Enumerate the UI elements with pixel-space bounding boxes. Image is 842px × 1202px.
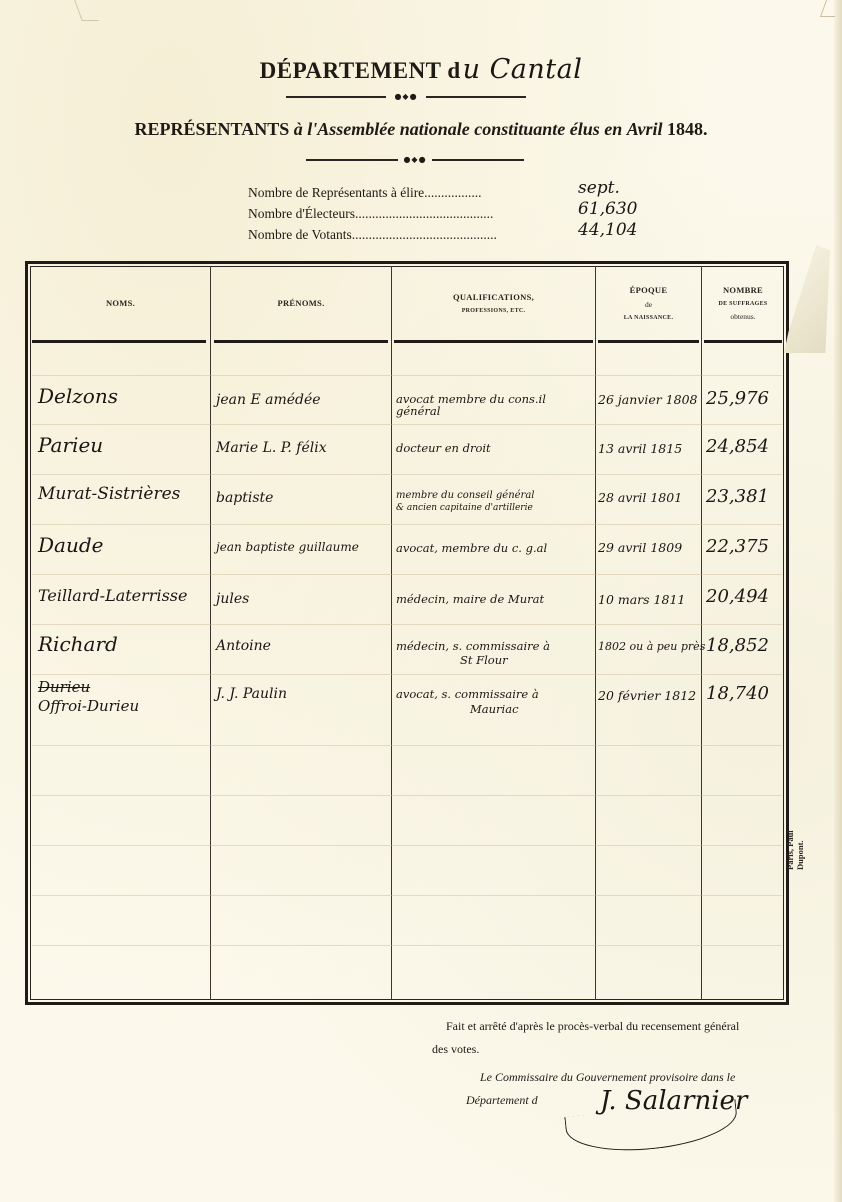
footer-statement-cont: des votes.: [432, 1042, 479, 1057]
stat-value: 44,104: [578, 220, 637, 241]
ruled-line: [32, 845, 782, 846]
row-nom: Murat-Sistrières: [38, 484, 180, 504]
column-header-epoque: ÉPOQUE de LA NAISSANCE.: [596, 266, 701, 340]
column-header-noms: NOMS.: [31, 266, 210, 340]
row-naissance: 20 février 1812: [598, 688, 696, 703]
ruled-line: [32, 424, 782, 425]
row-qualification: docteur en droit: [396, 442, 491, 454]
column-header-qualifications: QUALIFICATIONS, PROFESSIONS, ETC.: [392, 266, 595, 340]
header-rule: [598, 340, 699, 343]
ruled-line: [32, 524, 782, 525]
election-stats: Nombre de Représentants à élire.........…: [248, 182, 688, 245]
row-naissance: 10 mars 1811: [598, 592, 685, 607]
ruled-line: [32, 624, 782, 625]
row-nom: Offroi-Durieu: [38, 697, 139, 715]
row-nom-struck: Durieu: [38, 678, 90, 696]
column-divider: [701, 266, 702, 1000]
subtitle-ornament: ●◆●: [306, 155, 524, 165]
paper-edge: [834, 0, 842, 1202]
commissioner-department: Département d: [466, 1093, 538, 1108]
department-title: DÉPARTEMENT du Cantal: [0, 54, 842, 85]
subtitle-month: Avril: [627, 119, 663, 139]
header-rule: [214, 340, 388, 343]
row-prenoms: jean baptiste guillaume: [216, 540, 359, 554]
subtitle: REPRÉSENTANTS à l'Assemblée nationale co…: [0, 119, 842, 140]
header-rule: [704, 340, 782, 343]
header-rule: [32, 340, 206, 343]
row-qualification-cont: général: [396, 405, 440, 417]
row-qualification-cont: Mauriac: [470, 703, 519, 715]
row-qualification-cont: & ancien capitaine d'artillerie: [396, 502, 533, 514]
row-suffrages: 25,976: [706, 388, 769, 409]
row-nom: Delzons: [38, 384, 118, 408]
row-prenoms: baptiste: [216, 490, 273, 506]
column-header-prenoms: PRÉNOMS.: [211, 266, 391, 340]
ruled-line: [32, 674, 782, 675]
row-nom: Daude: [38, 533, 103, 557]
ruled-line: [32, 375, 782, 376]
row-prenoms: jean E amédée: [216, 392, 321, 408]
stat-value: 61,630: [578, 199, 637, 220]
row-suffrages: 20,494: [706, 586, 769, 607]
row-naissance: 28 avril 1801: [598, 490, 682, 505]
footer-statement: Fait et arrêté d'après le procès-verbal …: [446, 1019, 739, 1034]
row-prenoms: Marie L. P. félix: [216, 440, 327, 456]
ruled-line: [32, 474, 782, 475]
column-header-suffrages: NOMBRE DE SUFFRAGES obtenus.: [702, 266, 784, 340]
ruled-line: [32, 574, 782, 575]
row-nom: Richard: [38, 632, 118, 656]
row-suffrages: 18,852: [706, 635, 769, 656]
title-ornament: ●◆●: [286, 92, 526, 102]
row-qualification: avocat, membre du c. g.al: [396, 542, 547, 554]
results-table: [30, 266, 784, 1000]
commissioner-title: Le Commissaire du Gouvernement provisoir…: [480, 1070, 735, 1085]
subtitle-bold: REPRÉSENTANTS: [135, 119, 290, 139]
subtitle-year: 1848.: [667, 119, 708, 139]
title-handwritten-department: u Cantal: [463, 54, 583, 85]
stat-value: sept.: [578, 178, 620, 199]
row-qualification: médecin, s. commissaire à: [396, 640, 550, 652]
ruled-line: [32, 795, 782, 796]
title-printed: DÉPARTEMENT d: [260, 58, 461, 83]
row-prenoms: J. J. Paulin: [216, 686, 287, 702]
row-naissance: 26 janvier 1808: [598, 392, 697, 407]
row-qualification-cont: St Flour: [460, 654, 508, 666]
row-suffrages: 23,381: [706, 486, 769, 507]
stat-voters: Nombre de Votants.......................…: [248, 224, 688, 245]
subtitle-text: à l'Assemblée nationale constituante élu…: [294, 119, 623, 139]
row-naissance: 1802 ou à peu près: [598, 640, 705, 653]
ruled-line: [32, 745, 782, 746]
row-naissance: 13 avril 1815: [598, 441, 682, 456]
row-prenoms: jules: [216, 591, 249, 607]
printer-mark: Paris, Paul Dupont.: [785, 813, 805, 870]
row-nom: Parieu: [38, 433, 103, 457]
row-qualification: avocat, s. commissaire à: [396, 688, 539, 700]
ruled-line: [32, 895, 782, 896]
header-rule: [394, 340, 593, 343]
row-suffrages: 18,740: [706, 683, 769, 704]
row-nom: Teillard-Laterrisse: [38, 586, 187, 605]
row-naissance: 29 avril 1809: [598, 540, 682, 555]
row-prenoms: Antoine: [216, 638, 271, 654]
column-divider: [210, 266, 211, 1000]
column-divider: [391, 266, 392, 1000]
row-suffrages: 22,375: [706, 536, 769, 557]
row-qualification: médecin, maire de Murat: [396, 593, 544, 605]
ruled-line: [32, 945, 782, 946]
row-qualification: membre du conseil général: [396, 490, 535, 502]
row-suffrages: 24,854: [706, 436, 769, 457]
column-divider: [595, 266, 596, 1000]
